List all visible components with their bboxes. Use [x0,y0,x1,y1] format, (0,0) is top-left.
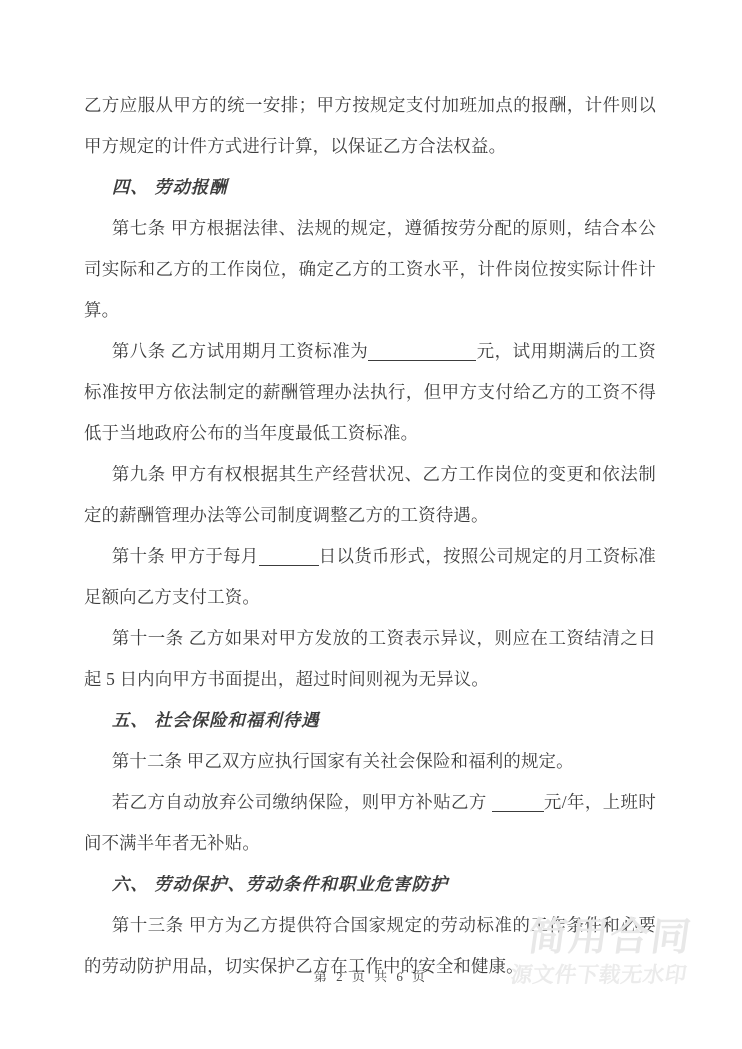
text-run: 乙方应服从甲方的统一安排；甲方按规定支付加班加点的报酬，计件则以甲方规定的计件方… [84,95,656,156]
paragraph: 第十二条 甲乙双方应执行国家有关社会保险和福利的规定。 [84,741,656,782]
page-footer: 第 2 页 共 6 页 [0,966,742,985]
section-heading: 四、 劳动报酬 [84,167,656,208]
paragraph: 第十条 甲方于每月日以货币形式，按照公司规定的月工资标准足额向乙方支付工资。 [84,536,656,618]
text-run: 第十条 甲方于每月 [112,546,259,566]
text-run: 第七条 甲方根据法律、法规的规定，遵循按劳分配的原则，结合本公司实际和乙方的工作… [84,218,656,320]
text-run: 第八条 乙方试用期月工资标准为 [112,341,368,361]
fill-in-blank [259,548,319,566]
text-run: 五、 社会保险和福利待遇 [112,710,320,730]
document-body: 乙方应服从甲方的统一安排；甲方按规定支付加班加点的报酬，计件则以甲方规定的计件方… [0,0,742,987]
text-run: 六、 劳动保护、劳动条件和职业危害防护 [112,874,448,894]
paragraph: 若乙方自动放弃公司缴纳保险，则甲方补贴乙方 元/年，上班时间不满半年者无补贴。 [84,782,656,864]
paragraph: 第十一条 乙方如果对甲方发放的工资表示异议，则应在工资结清之日起 5 日内向甲方… [84,618,656,700]
text-run: 四、 劳动报酬 [112,177,228,197]
section-heading: 五、 社会保险和福利待遇 [84,700,656,741]
paragraph: 第八条 乙方试用期月工资标准为元，试用期满后的工资标准按甲方依法制定的薪酬管理办… [84,331,656,454]
page-indicator: 第 2 页 共 6 页 [314,969,428,984]
paragraph: 第九条 甲方有权根据其生产经营状况、乙方工作岗位的变更和依法制定的薪酬管理办法等… [84,454,656,536]
fill-in-blank [492,794,544,812]
fill-in-blank [368,343,476,361]
text-run: 第九条 甲方有权根据其生产经营状况、乙方工作岗位的变更和依法制定的薪酬管理办法等… [84,464,656,525]
section-heading: 六、 劳动保护、劳动条件和职业危害防护 [84,864,656,905]
text-run: 第十一条 乙方如果对甲方发放的工资表示异议，则应在工资结清之日起 5 日内向甲方… [84,628,656,689]
text-run: 第十二条 甲乙双方应执行国家有关社会保险和福利的规定。 [112,751,574,771]
paragraph: 乙方应服从甲方的统一安排；甲方按规定支付加班加点的报酬，计件则以甲方规定的计件方… [84,85,656,167]
paragraph: 第七条 甲方根据法律、法规的规定，遵循按劳分配的原则，结合本公司实际和乙方的工作… [84,208,656,331]
text-run: 若乙方自动放弃公司缴纳保险，则甲方补贴乙方 [112,792,492,812]
contract-page: 乙方应服从甲方的统一安排；甲方按规定支付加班加点的报酬，计件则以甲方规定的计件方… [0,0,742,1049]
